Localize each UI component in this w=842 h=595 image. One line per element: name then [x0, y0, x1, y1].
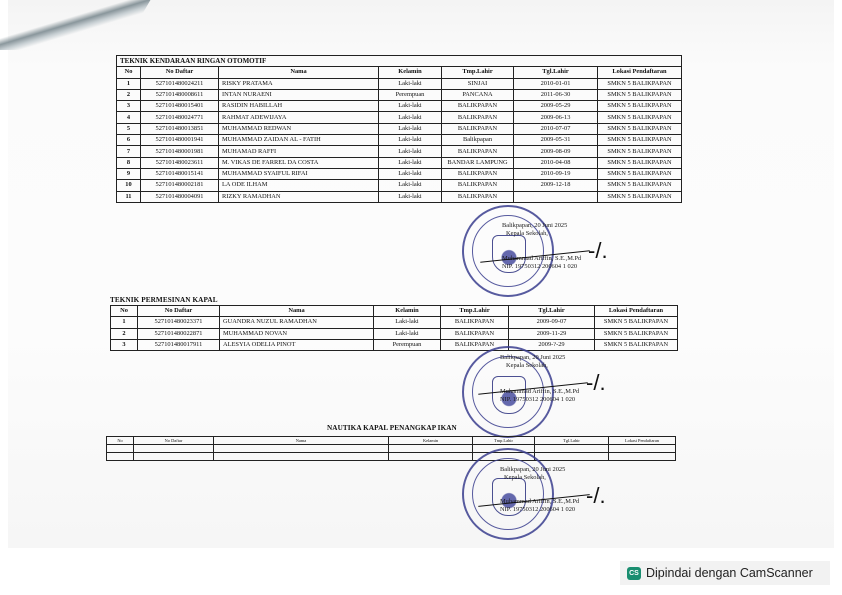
- table-row: 8527101480023611M. VIKAS DE FARREL DA CO…: [117, 157, 682, 168]
- table-cell: MUHAMAD RAFFI: [219, 146, 379, 157]
- table-cell: BALIKPAPAN: [442, 191, 514, 202]
- table-cell: 2010-09-19: [514, 168, 598, 179]
- table-row: 7527101480001981MUHAMAD RAFFILaki-lakiBA…: [117, 146, 682, 157]
- table-row: 9527101480015141MUHAMMAD SYAIFUL RIFAILa…: [117, 168, 682, 179]
- signature-place-date: Balikpapan, 20 Juni 2025: [500, 354, 579, 362]
- table-cell: SMKN 5 BALIKPAPAN: [598, 89, 682, 100]
- signature-nip: NIP. 19750312 200604 1 020: [500, 396, 579, 404]
- table-cell: Laki-laki: [379, 191, 442, 202]
- column-header: Tmp.Lahir: [473, 437, 535, 445]
- table-cell: Laki-laki: [379, 101, 442, 112]
- table-cell: [535, 453, 609, 461]
- table-teknik-kendaraan-ringan: TEKNIK KENDARAAN RINGAN OTOMOTIF NoNo Da…: [116, 55, 682, 203]
- table-cell: 527101480008611: [141, 89, 219, 100]
- signature-place-date: Balikpapan, 20 Juni 2025: [502, 222, 581, 230]
- table-cell: 10: [117, 180, 141, 191]
- table-cell: SMKN 5 BALIKPAPAN: [595, 339, 678, 350]
- column-header: No: [117, 67, 141, 78]
- table-cell: MUHAMMAD SYAIFUL RIFAI: [219, 168, 379, 179]
- table-cell: GUANDRA NUZUL RAMADHAN: [220, 317, 374, 328]
- table-row: 3527101480017911ALESYIA ODELIA PINOTPere…: [111, 339, 678, 350]
- table-cell: SMKN 5 BALIKPAPAN: [598, 180, 682, 191]
- signature-position: Kepala Sekolah,: [504, 474, 579, 482]
- table-cell: 2009-09-07: [509, 317, 595, 328]
- table-cell: 9: [117, 168, 141, 179]
- table-cell: 3: [117, 101, 141, 112]
- table-cell: BALIKPAPAN: [442, 168, 514, 179]
- column-header: Lokasi Pendaftaran: [609, 437, 676, 445]
- table-cell: [389, 445, 473, 453]
- table-row: 10527101480002181LA ODE ILHAMLaki-lakiBA…: [117, 180, 682, 191]
- signature-block: Balikpapan, 20 Juni 2025 Kepala Sekolah,…: [500, 466, 579, 515]
- table-cell: SMKN 5 BALIKPAPAN: [598, 157, 682, 168]
- camscanner-icon: CS: [627, 567, 641, 580]
- table-cell: BALIKPAPAN: [442, 146, 514, 157]
- table-cell: SMKN 5 BALIKPAPAN: [595, 328, 678, 339]
- camscanner-watermark: CS Dipindai dengan CamScanner: [620, 561, 830, 585]
- table-cell: SMKN 5 BALIKPAPAN: [598, 78, 682, 89]
- table-cell: BALIKPAPAN: [442, 123, 514, 134]
- table-row: 4527101480024771RAHMAT ADEWIJAYALaki-lak…: [117, 112, 682, 123]
- table-cell: 527101480023371: [138, 317, 220, 328]
- table-row: [107, 453, 676, 461]
- table-cell: 527101480024211: [141, 78, 219, 89]
- table-cell: BALIKPAPAN: [441, 328, 509, 339]
- table-cell: 2: [117, 89, 141, 100]
- table-row: 6527101480001941MUHAMMAD ZAIDAN AL - FAT…: [117, 135, 682, 146]
- table-cell: Laki-laki: [379, 168, 442, 179]
- column-header: Nama: [214, 437, 389, 445]
- table-cell: 527101480022871: [138, 328, 220, 339]
- table-cell: 5: [117, 123, 141, 134]
- table-cell: BALIKPAPAN: [442, 180, 514, 191]
- table-cell: 4: [117, 112, 141, 123]
- column-header: Lokasi Pendaftaran: [595, 306, 678, 317]
- table-cell: [214, 445, 389, 453]
- table-cell: 527101480017911: [138, 339, 220, 350]
- table-cell: [134, 453, 214, 461]
- column-header: No: [111, 306, 138, 317]
- column-header: Tgl.Lahir: [514, 67, 598, 78]
- table-nautika-kapal-penangkap-ikan: NoNo DaftarNamaKelaminTmp.LahirTgl.Lahir…: [106, 436, 676, 461]
- table-cell: [389, 453, 473, 461]
- table-cell: 1: [117, 78, 141, 89]
- table-cell: 6: [117, 135, 141, 146]
- table-row: 2527101480008611INTAN NURAENIPerempuanPA…: [117, 89, 682, 100]
- signature-position: Kepala Sekolah,: [506, 362, 579, 370]
- table-cell: [107, 453, 134, 461]
- table-cell: 2009-06-13: [514, 112, 598, 123]
- table-cell: 527101480002181: [141, 180, 219, 191]
- table-cell: 8: [117, 157, 141, 168]
- table-cell: [609, 445, 676, 453]
- table-cell: SMKN 5 BALIKPAPAN: [598, 112, 682, 123]
- column-header: Kelamin: [389, 437, 473, 445]
- table-cell: [609, 453, 676, 461]
- column-header: No Daftar: [134, 437, 214, 445]
- table-cell: MUHAMMAD REDWAN: [219, 123, 379, 134]
- table-cell: Balikpapan: [442, 135, 514, 146]
- table-cell: Laki-laki: [379, 78, 442, 89]
- signature-nip: NIP. 19750312 200604 1 020: [500, 506, 579, 514]
- table-cell: 2010-01-01: [514, 78, 598, 89]
- column-header: Tmp.Lahir: [441, 306, 509, 317]
- table-cell: Laki-laki: [379, 157, 442, 168]
- table-cell: M. VIKAS DE FARREL DA COSTA: [219, 157, 379, 168]
- table-row: 1527101480023371GUANDRA NUZUL RAMADHANLa…: [111, 317, 678, 328]
- table-cell: MUHAMMAD ZAIDAN AL - FATIH: [219, 135, 379, 146]
- table-row: 11527101480004091RIZKY RAMADHANLaki-laki…: [117, 191, 682, 202]
- table-cell: [134, 445, 214, 453]
- table-cell: SMKN 5 BALIKPAPAN: [598, 123, 682, 134]
- table-cell: SMKN 5 BALIKPAPAN: [598, 101, 682, 112]
- table-cell: MUHAMMAD NOVAN: [220, 328, 374, 339]
- table-cell: SMKN 5 BALIKPAPAN: [598, 135, 682, 146]
- table-cell: SMKN 5 BALIKPAPAN: [598, 168, 682, 179]
- table-cell: BALIKPAPAN: [442, 112, 514, 123]
- table-cell: 527101480015141: [141, 168, 219, 179]
- table-cell: RAHMAT ADEWIJAYA: [219, 112, 379, 123]
- column-header: Nama: [219, 67, 379, 78]
- table-cell: PANCANA: [442, 89, 514, 100]
- table-row: 1527101480024211RISKY PRATAMALaki-lakiSI…: [117, 78, 682, 89]
- table-cell: 2010-07-07: [514, 123, 598, 134]
- table-cell: 2009-11-29: [509, 328, 595, 339]
- table-cell: 2010-04-08: [514, 157, 598, 168]
- table-cell: BANDAR LAMPUNG: [442, 157, 514, 168]
- table-cell: [535, 445, 609, 453]
- table-cell: SMKN 5 BALIKPAPAN: [598, 191, 682, 202]
- table-cell: RISKY PRATAMA: [219, 78, 379, 89]
- table-cell: Laki-laki: [379, 123, 442, 134]
- table-cell: Laki-laki: [374, 317, 441, 328]
- signature-mark: -/.: [586, 370, 606, 396]
- table-cell: 2009-05-31: [514, 135, 598, 146]
- section-title: TEKNIK PERMESINAN KAPAL: [110, 296, 218, 304]
- table-teknik-permesinan-kapal: NoNo DaftarNamaKelaminTmp.LahirTgl.Lahir…: [110, 305, 678, 351]
- column-header: Kelamin: [374, 306, 441, 317]
- table-cell: 527101480024771: [141, 112, 219, 123]
- table-cell: 7: [117, 146, 141, 157]
- table-cell: 3: [111, 339, 138, 350]
- table-row: 3527101480015401RASIDIN HABILLAHLaki-lak…: [117, 101, 682, 112]
- column-header: Tgl.Lahir: [535, 437, 609, 445]
- table-cell: 527101480001981: [141, 146, 219, 157]
- table-cell: 11: [117, 191, 141, 202]
- table-row: 2527101480022871MUHAMMAD NOVANLaki-lakiB…: [111, 328, 678, 339]
- table-cell: 2011-06-30: [514, 89, 598, 100]
- table-cell: Laki-laki: [379, 135, 442, 146]
- signature-mark: -/.: [588, 238, 608, 264]
- column-header: Tgl.Lahir: [509, 306, 595, 317]
- table-cell: [214, 453, 389, 461]
- signature-block: Balikpapan, 20 Juni 2025 Kepala Sekolah,…: [500, 354, 579, 405]
- table-cell: Laki-laki: [379, 146, 442, 157]
- signature-mark: -/.: [586, 483, 606, 509]
- table-cell: 1: [111, 317, 138, 328]
- table-cell: 2: [111, 328, 138, 339]
- column-header: Lokasi Pendaftaran: [598, 67, 682, 78]
- table-cell: RIZKY RAMADHAN: [219, 191, 379, 202]
- table-cell: [107, 445, 134, 453]
- table-cell: INTAN NURAENI: [219, 89, 379, 100]
- signature-position: Kepala Sekolah,: [506, 230, 581, 238]
- table-cell: Perempuan: [379, 89, 442, 100]
- table-cell: SMKN 5 BALIKPAPAN: [595, 317, 678, 328]
- signature-nip: NIP. 19750312 200604 1 020: [502, 263, 581, 271]
- table-cell: 2009-08-09: [514, 146, 598, 157]
- signature-name: Muhammad Ariffin, S.E.,M.Pd: [500, 388, 579, 396]
- table-cell: 527101480001941: [141, 135, 219, 146]
- section-title: NAUTIKA KAPAL PENANGKAP IKAN: [327, 424, 457, 432]
- table-cell: 527101480023611: [141, 157, 219, 168]
- table-cell: Laki-laki: [379, 180, 442, 191]
- table-cell: SMKN 5 BALIKPAPAN: [598, 146, 682, 157]
- table-cell: 2009-05-29: [514, 101, 598, 112]
- column-header: Nama: [220, 306, 374, 317]
- column-header: No Daftar: [138, 306, 220, 317]
- table-cell: LA ODE ILHAM: [219, 180, 379, 191]
- column-header: No: [107, 437, 134, 445]
- table-row: 5527101480013851MUHAMMAD REDWANLaki-laki…: [117, 123, 682, 134]
- table-cell: Laki-laki: [374, 328, 441, 339]
- table-cell: 527101480004091: [141, 191, 219, 202]
- table-cell: 2009-12-18: [514, 180, 598, 191]
- column-header: No Daftar: [141, 67, 219, 78]
- signature-block: Balikpapan, 20 Juni 2025 Kepala Sekolah,…: [502, 222, 581, 272]
- table-cell: RASIDIN HABILLAH: [219, 101, 379, 112]
- table-cell: 527101480015401: [141, 101, 219, 112]
- watermark-text: Dipindai dengan CamScanner: [646, 566, 813, 580]
- table-cell: [514, 191, 598, 202]
- table-cell: 527101480013851: [141, 123, 219, 134]
- column-header: Kelamin: [379, 67, 442, 78]
- table-cell: Perempuan: [374, 339, 441, 350]
- signature-place-date: Balikpapan, 20 Juni 2025: [500, 466, 579, 474]
- table-cell: BALIKPAPAN: [441, 317, 509, 328]
- section-title: TEKNIK KENDARAAN RINGAN OTOMOTIF: [117, 56, 682, 67]
- table-cell: BALIKPAPAN: [442, 101, 514, 112]
- table-cell: SINJAI: [442, 78, 514, 89]
- table-cell: Laki-laki: [379, 112, 442, 123]
- column-header: Tmp.Lahir: [442, 67, 514, 78]
- table-row: [107, 445, 676, 453]
- table-cell: ALESYIA ODELIA PINOT: [220, 339, 374, 350]
